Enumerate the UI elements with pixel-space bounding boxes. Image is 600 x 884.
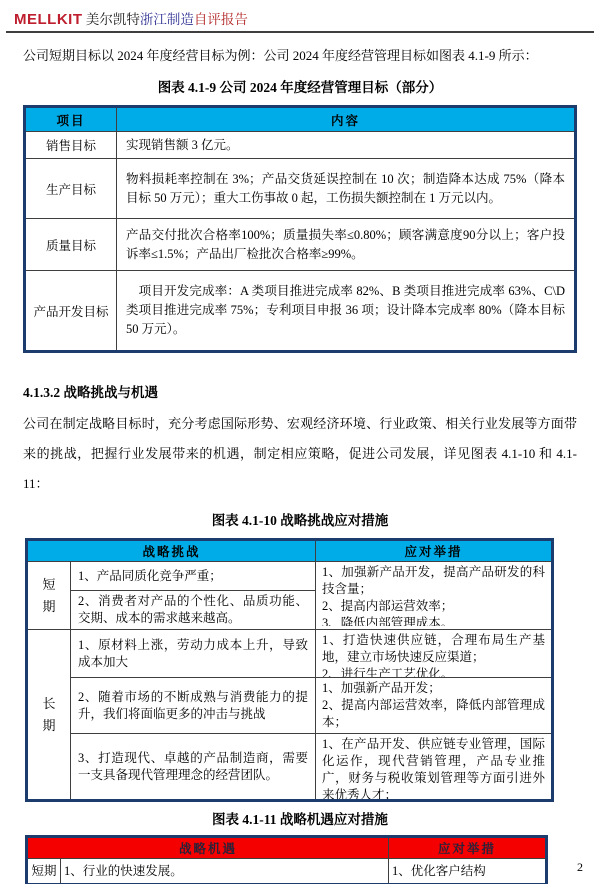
measure-cell: 1、打造快速供应链，合理布局生产基地，建立市场快速反应渠道； 2、进行生产工艺优… — [316, 630, 553, 678]
challenge-cell: 1、原材料上涨，劳动力成本上升，导致成本加大 — [71, 630, 316, 678]
table2-header-challenge: 战略挑战 — [27, 540, 316, 562]
report-title-red: 自评报告 — [194, 12, 248, 27]
mellkit-logo: MELLKIT — [14, 11, 83, 28]
page-number: 2 — [577, 860, 583, 875]
section-heading: 4.1.3.2 战略挑战与机遇 — [23, 381, 577, 401]
table2-title: 图表 4.1-10 战略挑战应对措施 — [23, 509, 577, 529]
table-row: 生产目标 物料损耗率控制在 3%；产品交货延误控制在 10 次；制造降本达成 7… — [25, 159, 576, 219]
table-row: 短期 1、行业的快速发展。 1、优化客户结构 — [27, 859, 547, 884]
table-row: 2、随着市场的不断成熟与消费能力的提升，我们将面临更多的冲击与挑战 1、加强新产… — [27, 678, 553, 734]
company-name: 美尔凯特 — [83, 12, 140, 27]
measure-cell: 1、加强新产品开发； 2、提高内部运营效率，降低内部管理成本； — [316, 678, 553, 734]
content-cell: 项目开发完成率：A 类项目推进完成率 82%、B 类项目推进完成率 63%、C\… — [117, 271, 576, 352]
period-cell-short: 短期 — [27, 562, 71, 630]
section-paragraph: 公司在制定战略目标时，充分考虑国际形势、宏观经济环境、行业政策、相关行业发展等方… — [23, 409, 577, 499]
table3-header-row: 战略机遇 应对举措 — [27, 837, 547, 859]
table1-header-item: 项目 — [25, 107, 117, 132]
table2-header-row: 战略挑战 应对举措 — [27, 540, 553, 562]
table3-header-measure: 应对举措 — [389, 837, 547, 859]
operating-targets-table: 项目 内容 销售目标 实现销售额 3 亿元。 生产目标 物料损耗率控制在 3%；… — [23, 105, 577, 353]
item-cell: 生产目标 — [25, 159, 117, 219]
table-row: 质量目标 产品交付批次合格率100%；质量损失率≤0.80%；顾客满意度90分以… — [25, 219, 576, 271]
measure-cell: 1、加强新产品开发，提高产品研发的科技含量； 2、提高内部运营效率； 3、降低内… — [316, 562, 553, 630]
page-header: MELLKIT 美尔凯特浙江制造自评报告 — [6, 6, 594, 33]
table1-header-row: 项目 内容 — [25, 107, 576, 132]
table-row: 短期 1、产品同质化竞争严重； 1、加强新产品开发，提高产品研发的科技含量； 2… — [27, 562, 553, 591]
table1-title: 图表 4.1-9 公司 2024 年度经营管理目标（部分） — [23, 76, 577, 96]
challenge-cell: 1、产品同质化竞争严重； — [71, 562, 316, 591]
content-cell: 实现销售额 3 亿元。 — [117, 132, 576, 159]
table2-header-measure: 应对举措 — [316, 540, 553, 562]
table3-title: 图表 4.1-11 战略机遇应对措施 — [23, 808, 577, 828]
strategic-opportunities-table: 战略机遇 应对举措 短期 1、行业的快速发展。 1、优化客户结构 — [25, 835, 548, 884]
table3-header-opportunity: 战略机遇 — [27, 837, 389, 859]
table-row: 销售目标 实现销售额 3 亿元。 — [25, 132, 576, 159]
page-content: 公司短期目标以 2024 年度经营目标为例：公司 2024 年度经营管理目标如图… — [23, 41, 577, 529]
table-row: 长期 1、原材料上涨，劳动力成本上升，导致成本加大 1、打造快速供应链，合理布局… — [27, 630, 553, 678]
item-cell: 产品开发目标 — [25, 271, 117, 352]
content-cell: 产品交付批次合格率100%；质量损失率≤0.80%；顾客满意度90分以上；客户投… — [117, 219, 576, 271]
content-cell: 物料损耗率控制在 3%；产品交货延误控制在 10 次；制造降本达成 75%（降本… — [117, 159, 576, 219]
table-row: 3、打造现代、卓越的产品制造商，需要一支具备现代管理理念的经营团队。 1、在产品… — [27, 734, 553, 801]
period-cell-long: 长期 — [27, 630, 71, 801]
item-cell: 销售目标 — [25, 132, 117, 159]
opportunity-cell: 1、行业的快速发展。 — [61, 859, 389, 884]
challenge-cell: 3、打造现代、卓越的产品制造商，需要一支具备现代管理理念的经营团队。 — [71, 734, 316, 801]
table1-header-content: 内容 — [117, 107, 576, 132]
challenge-cell: 2、消费者对产品的个性化、品质功能、交期、成本的需求越来越高。 — [71, 591, 316, 630]
intro-paragraph: 公司短期目标以 2024 年度经营目标为例：公司 2024 年度经营管理目标如图… — [23, 41, 577, 71]
period-cell: 短期 — [27, 859, 61, 884]
item-cell: 质量目标 — [25, 219, 117, 271]
challenge-cell: 2、随着市场的不断成熟与消费能力的提升，我们将面临更多的冲击与挑战 — [71, 678, 316, 734]
table-row: 产品开发目标 项目开发完成率：A 类项目推进完成率 82%、B 类项目推进完成率… — [25, 271, 576, 352]
strategic-challenges-table: 战略挑战 应对举措 短期 1、产品同质化竞争严重； 1、加强新产品开发，提高产品… — [25, 538, 554, 802]
measure-cell: 1、在产品开发、供应链专业管理，国际化运作，现代营销管理，产品专业推广，财务与税… — [316, 734, 553, 801]
measure-cell: 1、优化客户结构 — [389, 859, 547, 884]
report-title-blue: 浙江制造 — [140, 12, 194, 27]
